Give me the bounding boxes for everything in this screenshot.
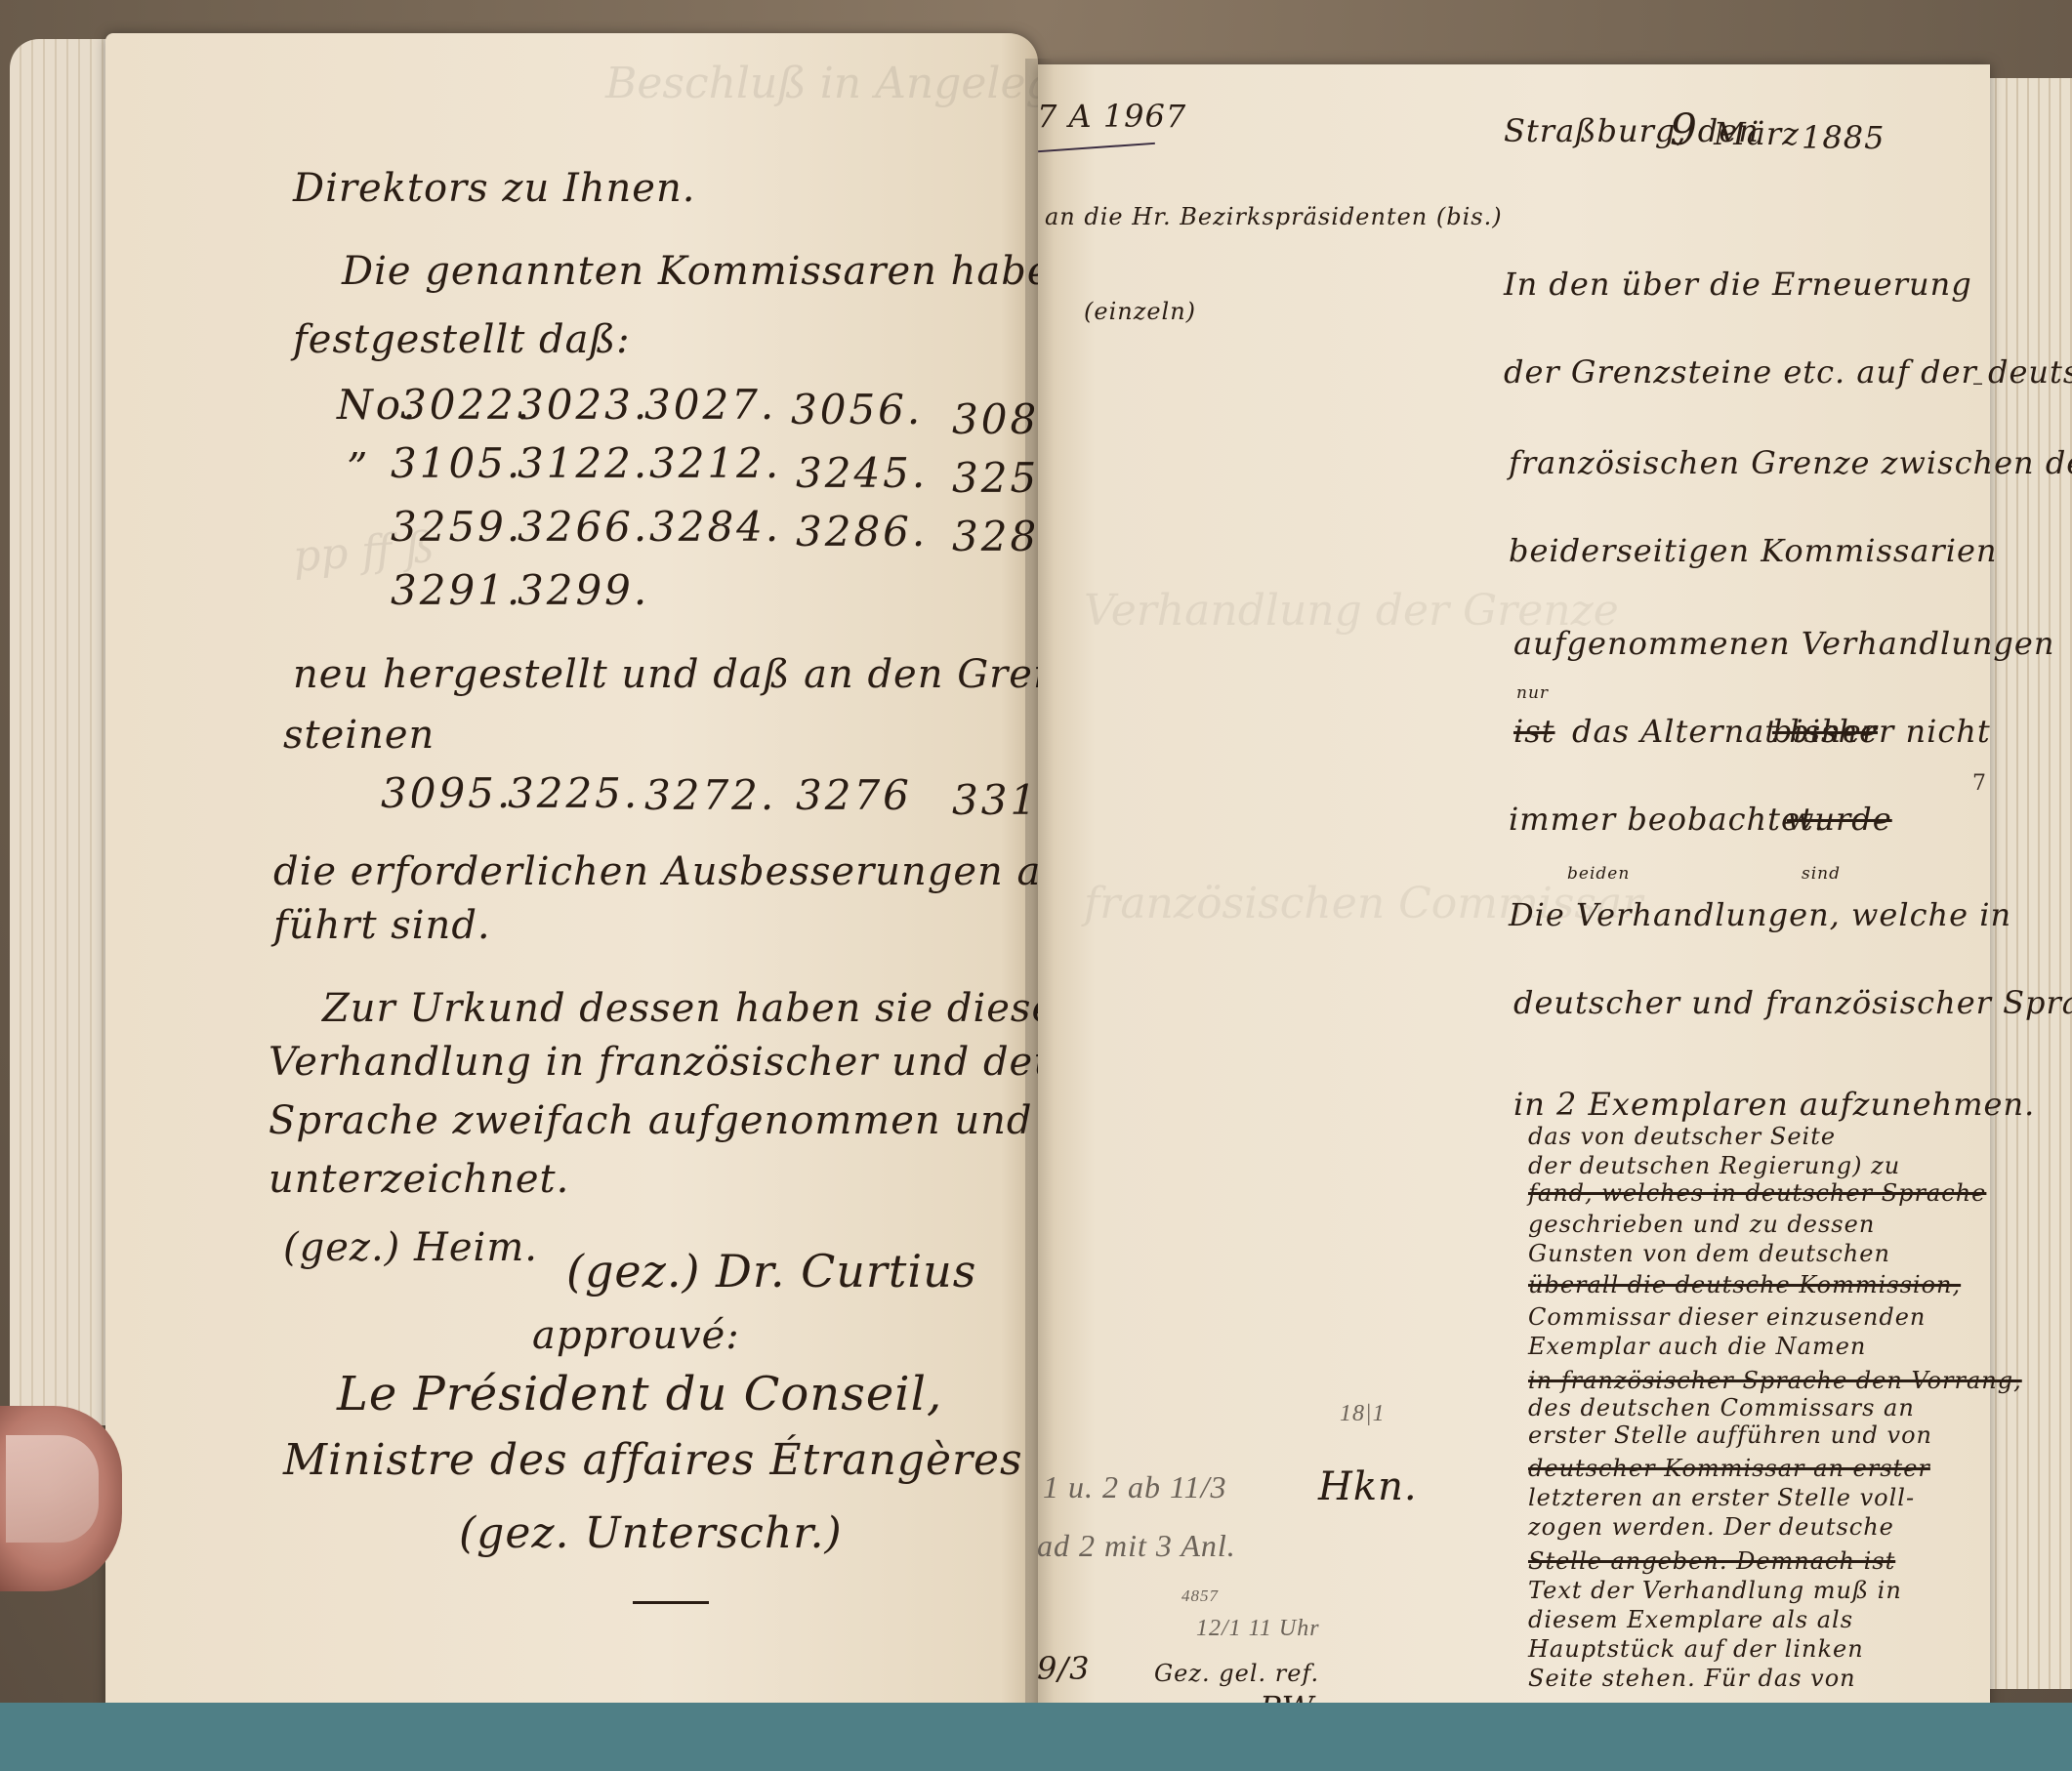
line-erforderlichen: die erforderlichen Ausbesserungen ausge- <box>273 849 1152 894</box>
body-line: beiderseitigen Kommissarien <box>1509 532 1998 569</box>
number: 3245. <box>796 449 928 497</box>
number: 3056. <box>791 386 923 433</box>
number: 3022. <box>400 381 532 429</box>
dense-note: erster Stelle aufführen und von <box>1528 1421 1932 1449</box>
number: 3286. <box>796 508 928 556</box>
dense-note: Gunsten von dem deutschen <box>1528 1240 1890 1267</box>
date-day: 9 <box>1670 105 1698 155</box>
approved-label: approuvé: <box>532 1313 740 1358</box>
number: 3225. <box>508 769 640 817</box>
line-unterzeichnet: unterzeichnet. <box>269 1157 569 1202</box>
pencil-note: Gez. gel. ref. <box>1154 1660 1319 1687</box>
initials: Hkn. <box>1318 1464 1418 1509</box>
insertion-beiden: beiden <box>1567 864 1630 884</box>
number: 3276 <box>796 771 912 819</box>
minister-signature: (gez. Unterschr.) <box>459 1508 843 1558</box>
pencil-note: 4857 <box>1181 1586 1219 1606</box>
insertion-nur: nur <box>1516 683 1549 703</box>
body-line: In den über die Erneuerung <box>1504 266 1972 303</box>
number: 3259. <box>391 503 522 551</box>
signature-curtius: (gez.) Dr. Curtius <box>566 1245 976 1297</box>
dense-note: Stelle angeben. Demnach ist <box>1528 1547 1895 1575</box>
body-line: aufgenommenen Verhandlungen <box>1513 625 2054 662</box>
dense-note: Exemplar auch die Namen <box>1528 1333 1866 1360</box>
dense-note: überall die deutsche Kommission, <box>1528 1271 1961 1298</box>
number: 3284. <box>649 503 781 551</box>
dense-note: Seite stehen. Für das von <box>1528 1665 1856 1692</box>
number: 3105. <box>391 439 522 487</box>
line-gefuehrt: führt sind. <box>273 903 491 948</box>
thumbnail <box>6 1435 99 1543</box>
pencil-note: 9/3 <box>1037 1650 1091 1687</box>
dense-note: das von deutscher Seite <box>1528 1123 1836 1150</box>
number: 3212. <box>649 439 781 487</box>
dense-note: in französischer Sprache den Vorrang, <box>1528 1367 2022 1394</box>
margin-mark: 7 <box>1972 771 1986 796</box>
para2-line: in 2 Exemplaren aufzunehmen. <box>1513 1086 2035 1123</box>
table-surface <box>0 1703 2072 1771</box>
number: 3272. <box>644 771 776 819</box>
president-line: Le Président du Conseil, <box>337 1367 942 1421</box>
body-line: der Grenzsteine etc. auf der deutsch- <box>1504 353 2072 391</box>
page-edges-left <box>10 39 117 1425</box>
number: 3122. <box>518 439 649 487</box>
para2-line: deutscher und französischer Sprache <box>1513 984 2072 1021</box>
pencil-note: 18|1 <box>1340 1401 1386 1427</box>
margin-mark: – <box>1972 371 1983 395</box>
para2-line: Die Verhandlungen, welche in <box>1509 896 2011 933</box>
dense-note: letzteren an erster Stelle voll- <box>1528 1484 1915 1511</box>
number: 3299. <box>518 566 649 614</box>
line-direktors: Direktors zu Ihnen. <box>293 166 695 211</box>
dense-note: Hauptstück auf der linken <box>1528 1635 1864 1663</box>
dense-note: der deutschen Regierung) zu <box>1528 1152 1900 1179</box>
number: 3266. <box>518 503 649 551</box>
date-month: März <box>1714 115 1800 152</box>
address-sub: (einzeln) <box>1084 298 1196 325</box>
line-steinen: steinen <box>283 713 435 758</box>
closing-rule <box>633 1601 709 1604</box>
number: 3095. <box>381 769 513 817</box>
line-urkund: Zur Urkund dessen haben sie diese <box>322 986 1056 1031</box>
pencil-note: 12/1 11 Uhr <box>1196 1616 1320 1642</box>
dense-note: geschrieben und zu dessen <box>1528 1211 1875 1238</box>
dense-note: diesem Exemplare als als <box>1528 1606 1853 1633</box>
line-kommissaren: Die genannten Kommissaren haben <box>342 249 1077 294</box>
line-sprache: Sprache zweifach aufgenommen und <box>269 1098 1033 1143</box>
file-reference: 7 A 1967 <box>1037 98 1186 135</box>
number: 3291. <box>391 566 522 614</box>
body-line: immer beobachtet. <box>1509 801 1825 838</box>
dense-note: zogen werden. Der deutsche <box>1528 1513 1894 1541</box>
body-line: französischen Grenze zwischen der <box>1509 444 2072 481</box>
pencil-note: ad 2 mit 3 Anl. <box>1037 1528 1236 1564</box>
dense-note: Commissar dieser einzusenden <box>1528 1303 1926 1331</box>
dense-note: Text der Verhandlung muß in <box>1528 1577 1902 1604</box>
struck-bisher: bisher <box>1772 713 1878 750</box>
date-year: 1885 <box>1802 119 1885 156</box>
number: 3023. <box>518 381 649 429</box>
insertion-sind: sind <box>1802 864 1841 884</box>
pencil-note: 1 u. 2 ab 11/3 <box>1043 1469 1227 1505</box>
line-neu-hergestellt: neu hergestellt und daß an den Grenz- <box>293 652 1095 697</box>
dense-note: des deutschen Commissars an <box>1528 1394 1915 1421</box>
signature-heim: (gez.) Heim. <box>283 1225 538 1270</box>
struck-ist: ist <box>1513 713 1555 750</box>
address-line: an die Hr. Bezirkspräsidenten (bis.) <box>1045 203 1503 230</box>
struck-wurde: wurde <box>1787 801 1892 838</box>
dense-note: deutscher Kommissar an erster <box>1528 1455 1930 1482</box>
ditto-mark: ” <box>347 444 370 492</box>
minister-line: Ministre des affaires Étrangères <box>283 1435 1023 1485</box>
dense-note: fand, welches in deutscher Sprache <box>1528 1179 1986 1207</box>
number: 3027. <box>644 381 776 429</box>
line-festgestellt: festgestellt daß: <box>293 317 631 362</box>
